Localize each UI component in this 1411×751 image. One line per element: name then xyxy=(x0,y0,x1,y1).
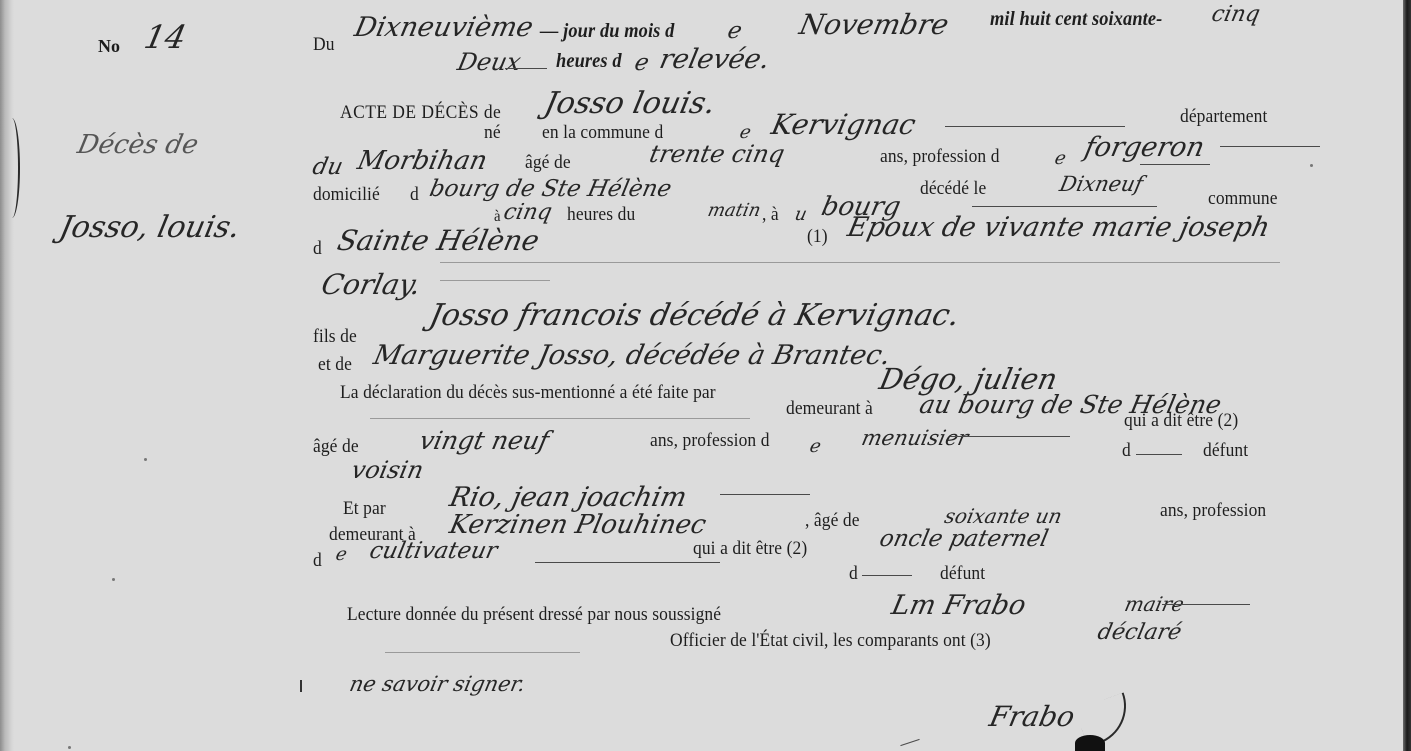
commune-prefix: d xyxy=(313,238,322,260)
footnote-1-marker: (1) xyxy=(807,226,828,248)
label-en-la-commune: en la commune d xyxy=(542,122,663,144)
fill-rule xyxy=(950,436,1070,437)
deceased-name: Josso louis. xyxy=(541,86,718,121)
declarant1-age: vingt neuf xyxy=(417,426,552,455)
label-declaration: La déclaration du décès sus-mentionné a … xyxy=(340,382,716,404)
label-age: âgé de xyxy=(525,152,571,174)
label-year: mil huit cent soixante- xyxy=(990,8,1162,31)
time-of-day: relevée. xyxy=(657,44,773,75)
spouse-surname: Corlay. xyxy=(318,268,423,301)
death-day: Dixneuf xyxy=(1057,172,1145,196)
label-fils-de: fils de xyxy=(313,326,357,348)
officer-signature: Frabo xyxy=(986,700,1077,733)
label-du-2: d xyxy=(849,563,858,585)
label-defunt-2: défunt xyxy=(940,563,985,585)
pen-mark xyxy=(900,739,919,746)
mother: Marguerite Josso, décédée à Brantec. xyxy=(371,340,894,371)
domicile-prefix: d xyxy=(410,184,419,206)
spouse-description: Epoux de vivante marie joseph xyxy=(845,212,1273,243)
fill-rule xyxy=(385,652,580,653)
month-suffix: e xyxy=(725,18,744,44)
label-lecture: Lecture donnée du présent dressé par nou… xyxy=(347,604,721,626)
declarant1-relation: voisin xyxy=(349,456,426,484)
declared-statement: déclaré xyxy=(1095,620,1183,645)
fill-rule xyxy=(1162,604,1250,605)
fill-rule xyxy=(862,575,912,576)
departement: Morbihan xyxy=(355,146,490,176)
label-et-par: Et par xyxy=(343,498,386,520)
fill-rule xyxy=(1140,164,1210,165)
page-edge-shadow xyxy=(1403,0,1411,751)
death-commune: Sainte Hélène xyxy=(334,224,542,257)
paper-speck xyxy=(68,746,71,749)
label-jour-du-mois: — jour du mois d xyxy=(540,20,674,43)
year-suffix: cinq xyxy=(1209,2,1262,27)
record-number: 14 xyxy=(141,18,190,56)
margin-bracket xyxy=(4,118,20,218)
profession-suffix: e xyxy=(334,544,349,565)
label-et-de: et de xyxy=(318,354,352,376)
age: trente cinq xyxy=(647,140,787,168)
label-domicilie: domicilié xyxy=(313,184,380,206)
declarant2-residence: Kerzinen Plouhinec xyxy=(447,510,709,540)
fill-rule xyxy=(505,68,547,69)
label-du-1: d xyxy=(1122,440,1131,462)
fill-rule xyxy=(440,280,550,281)
birth-commune: Kervignac xyxy=(768,108,918,141)
domicile: bourg de Ste Hélène xyxy=(427,176,674,202)
label-de-2: d xyxy=(313,550,322,572)
father: Josso francois décédé à Kervignac. xyxy=(426,298,962,333)
fill-rule xyxy=(1136,454,1182,455)
declarant2-name: Rio, jean joachim xyxy=(447,482,690,513)
label-ans-profession-decl1: ans, profession d xyxy=(650,430,770,452)
fill-rule xyxy=(440,262,1280,263)
day-of-month: Dixneuvième xyxy=(352,12,536,43)
label-du: Du xyxy=(313,34,335,56)
label-heures-de: heures d xyxy=(556,50,622,73)
label-acte-de-deces: ACTE DE DÉCÈS de xyxy=(340,102,501,124)
margin-note-name: Josso, louis. xyxy=(56,210,243,245)
declarant2-age: soixante un xyxy=(942,504,1064,528)
label-ne: né xyxy=(484,122,501,144)
ink-blot xyxy=(1075,735,1105,751)
pen-mark xyxy=(300,680,304,692)
margin-note-line1: Décès de xyxy=(75,130,201,160)
label-ans-profession: ans, profession d xyxy=(880,146,1000,168)
label-qui-a-dit-1: qui a dit être (2) xyxy=(1124,410,1238,432)
declarant2-relation: oncle paternel xyxy=(877,526,1050,552)
dept-prefix: du xyxy=(310,154,345,180)
label-officier: Officier de l'État civil, les comparants… xyxy=(670,630,991,652)
label-au: , à xyxy=(762,204,779,226)
fill-rule xyxy=(370,418,750,419)
hour-suffix: e xyxy=(632,50,651,76)
fill-rule xyxy=(535,562,720,563)
fill-rule xyxy=(945,126,1125,127)
label-departement: département xyxy=(1180,106,1267,128)
fill-rule xyxy=(720,494,810,495)
death-time: matin xyxy=(706,200,763,221)
label-decede-le: décédé le xyxy=(920,178,986,200)
profession: forgeron xyxy=(1082,132,1208,163)
label-ans-profession-2: ans, profession xyxy=(1160,500,1266,522)
paper-speck xyxy=(144,458,147,461)
declarant1-profession: menuisier xyxy=(859,426,970,450)
officer-name: Lm Frabo xyxy=(889,590,1029,621)
paper-speck xyxy=(1310,164,1313,167)
label-defunt-1: défunt xyxy=(1203,440,1248,462)
au-suffix: u xyxy=(793,204,809,225)
declarant2-profession: cultivateur xyxy=(367,538,500,564)
fill-rule xyxy=(972,206,1157,207)
label-age-decl2: , âgé de xyxy=(805,510,860,532)
declared-statement-continued: ne savoir signer. xyxy=(347,672,527,696)
label-heures-du: heures du xyxy=(567,204,635,226)
profession-suffix: e xyxy=(1053,148,1068,169)
register-page: No 14 Décès de Josso, louis. Du Dixneuvi… xyxy=(0,0,1411,751)
label-qui-a-dit-2: qui a dit être (2) xyxy=(693,538,807,560)
paper-speck xyxy=(112,578,115,581)
month: Novembre xyxy=(796,8,951,41)
label-demeurant: demeurant à xyxy=(786,398,873,420)
record-number-label: No xyxy=(98,36,120,57)
label-age-decl1: âgé de xyxy=(313,436,359,458)
binding-gutter xyxy=(0,0,14,751)
label-commune: commune xyxy=(1208,188,1278,210)
hour: Deux xyxy=(455,48,523,76)
profession-suffix: e xyxy=(808,436,823,457)
death-hour: cinq xyxy=(501,200,554,225)
fill-rule xyxy=(1220,146,1320,147)
